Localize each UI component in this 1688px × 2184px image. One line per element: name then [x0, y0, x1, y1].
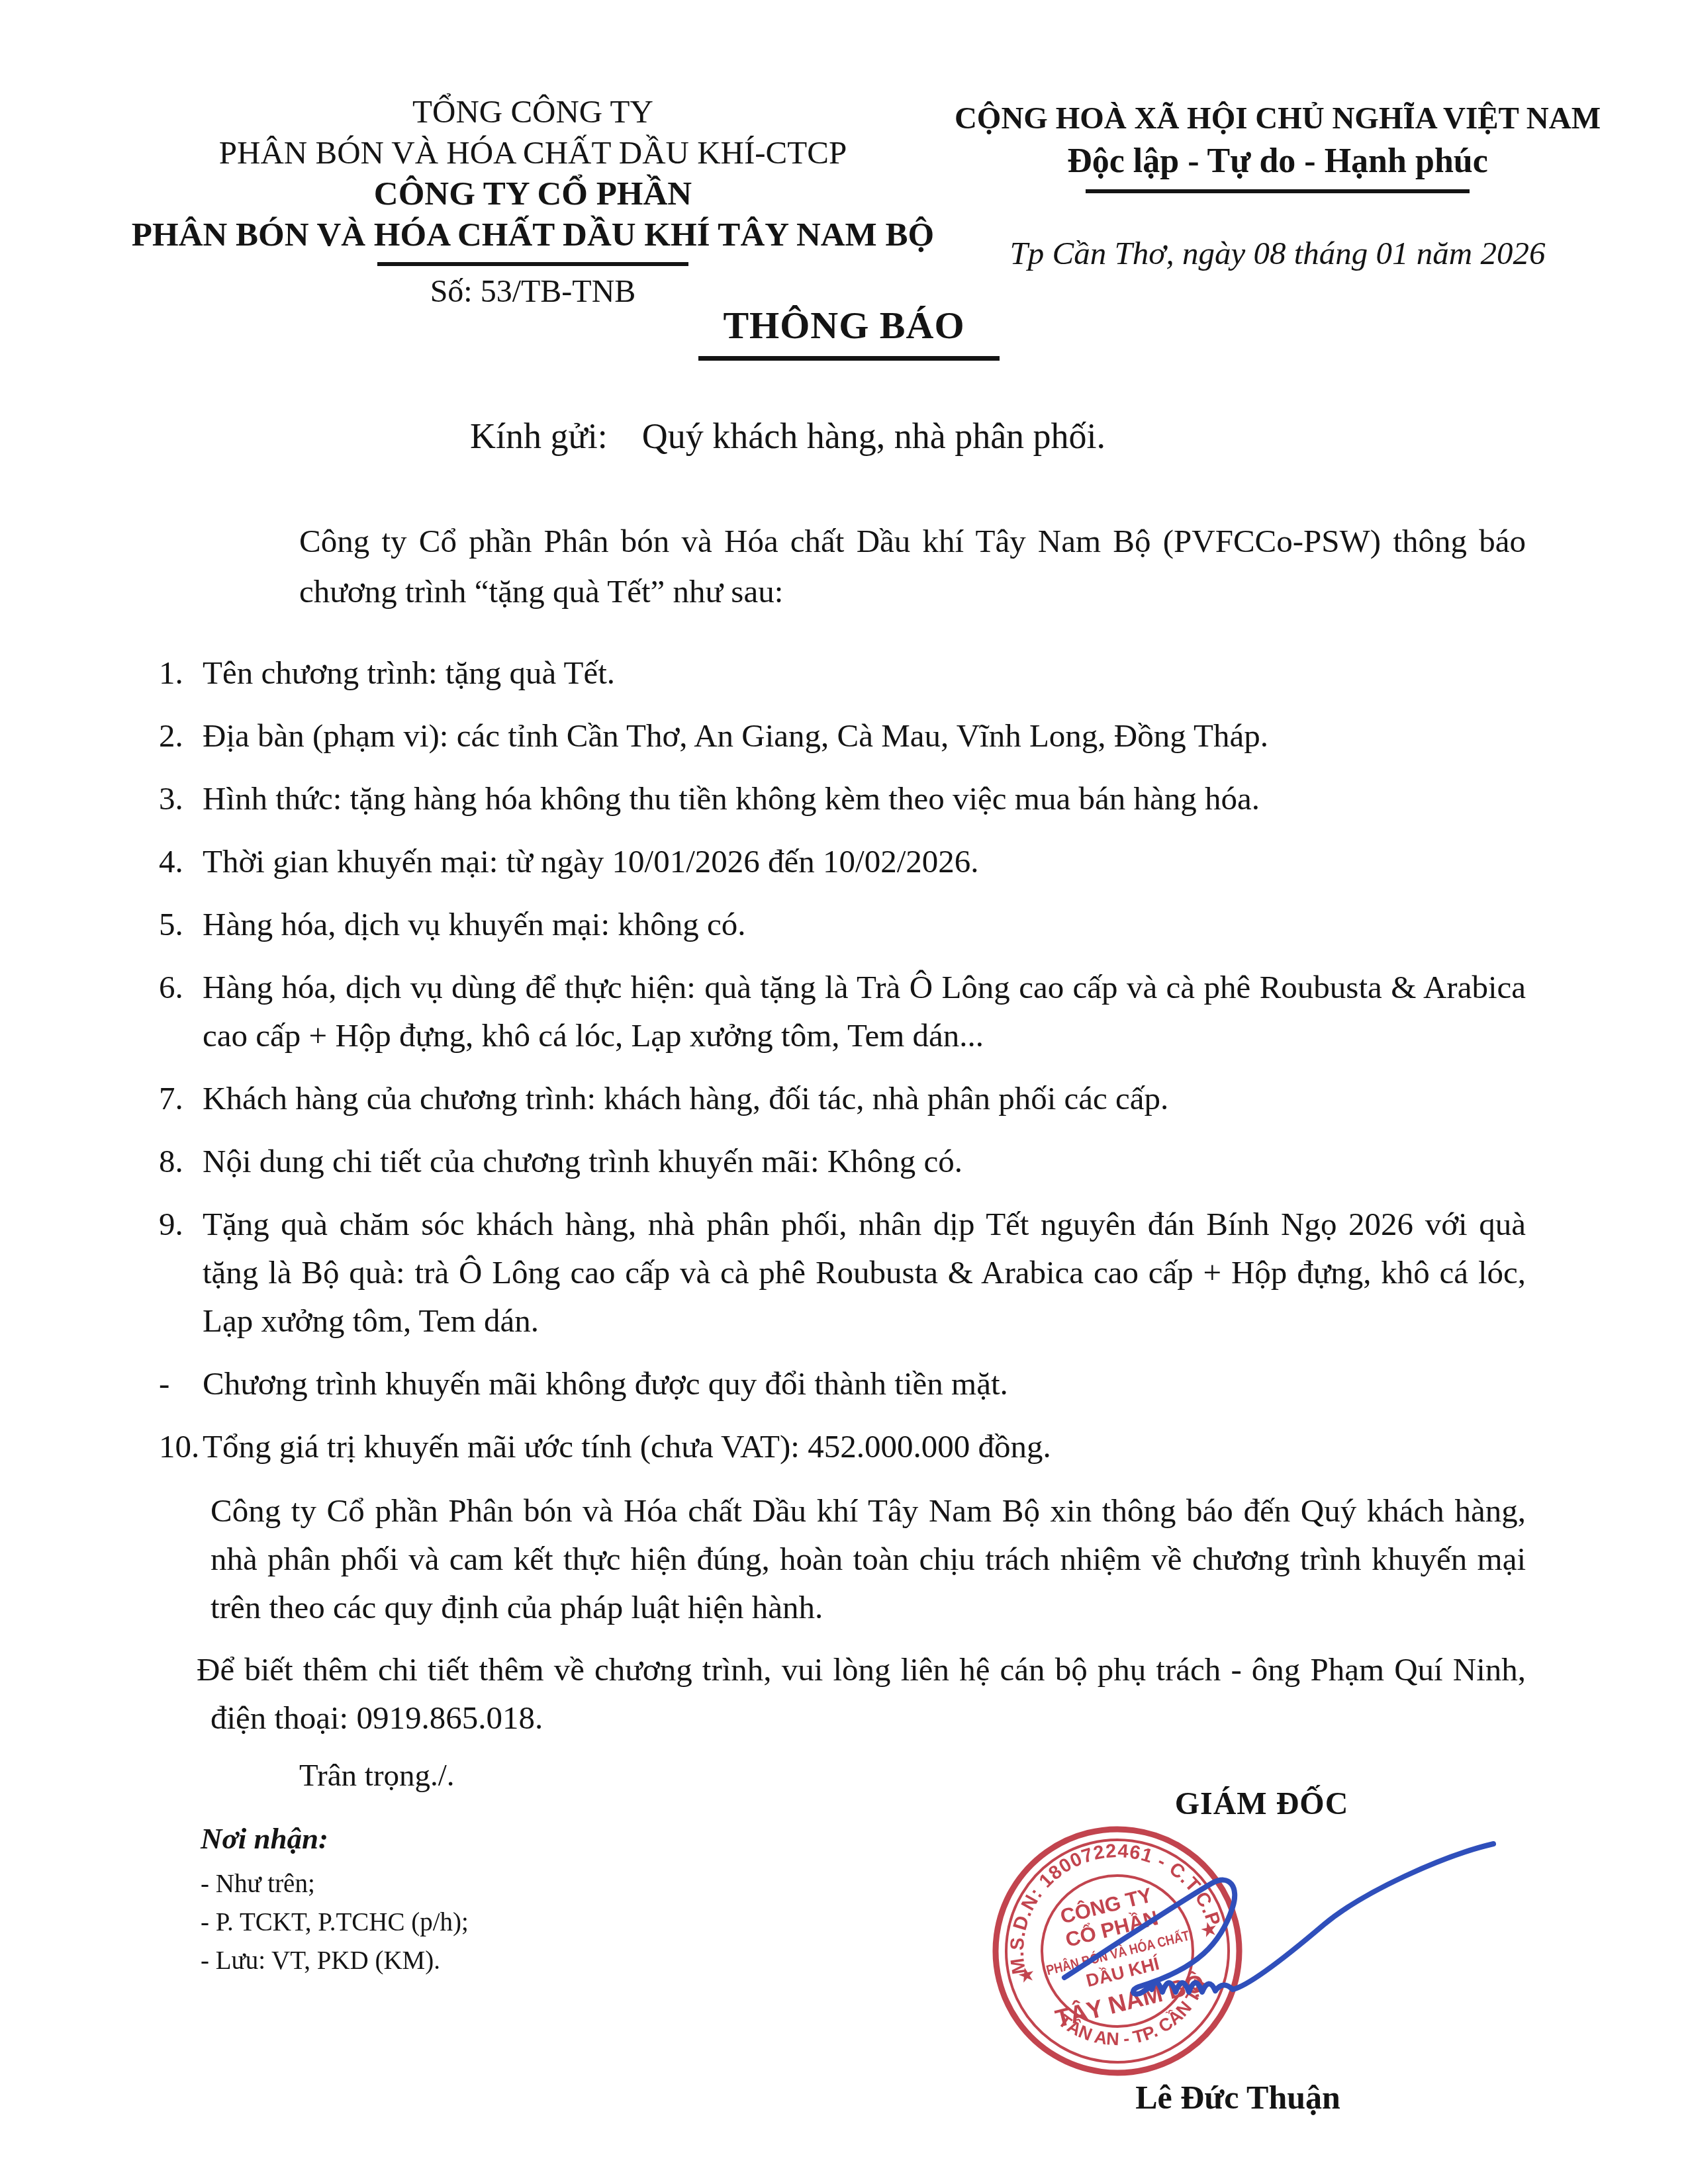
closing-paragraph-1: Công ty Cổ phần Phân bón và Hóa chất Dầu… — [211, 1486, 1526, 1631]
list-item-number: 8. — [159, 1137, 183, 1185]
issuer-parent-line2: PHÂN BÓN VÀ HÓA CHẤT DẦU KHÍ-CTCP — [99, 132, 966, 173]
signature-stroke — [1064, 1844, 1493, 1994]
signer-name: Lê Đức Thuận — [1099, 2078, 1377, 2116]
list-item: 8. Nội dung chi tiết của chương trình kh… — [159, 1137, 1526, 1185]
page-title-rule — [698, 356, 1000, 361]
closing-paragraph-2: Để biết thêm chi tiết thêm về chương trì… — [211, 1645, 1526, 1742]
issuer-company-line2: PHÂN BÓN VÀ HÓA CHẤT DẦU KHÍ TÂY NAM BỘ — [99, 214, 966, 255]
document-page: TỔNG CÔNG TY PHÂN BÓN VÀ HÓA CHẤT DẦU KH… — [0, 0, 1688, 2184]
list-item-text: Hình thức: tặng hàng hóa không thu tiền … — [203, 780, 1260, 817]
list-item-text: Hàng hóa, dịch vụ khuyến mại: không có. — [203, 906, 746, 942]
list-item: 3. Hình thức: tặng hàng hóa không thu ti… — [159, 774, 1526, 823]
stamp-star-left-icon: ★ — [1015, 1963, 1038, 1989]
list-item-number: - — [159, 1359, 169, 1408]
issuer-parent-line1: TỔNG CÔNG TY — [99, 91, 966, 132]
list-item-number: 3. — [159, 774, 183, 823]
list-item: 7. Khách hàng của chương trình: khách hà… — [159, 1074, 1526, 1122]
document-body: Công ty Cổ phần Phân bón và Hóa chất Dầu… — [159, 516, 1526, 1742]
recipient-line: - Như trên; — [201, 1865, 469, 1903]
list-item-text: Khách hàng của chương trình: khách hàng,… — [203, 1080, 1168, 1116]
list-item-text: Tổng giá trị khuyến mãi ước tính (chưa V… — [203, 1428, 1051, 1465]
national-header: CỘNG HOÀ XÃ HỘI CHỦ NGHĨA VIỆT NAM Độc l… — [927, 98, 1628, 272]
list-item: 1. Tên chương trình: tặng quà Tết. — [159, 649, 1526, 697]
list-item-number: 7. — [159, 1074, 183, 1122]
list-item-text: Nội dung chi tiết của chương trình khuyế… — [203, 1143, 962, 1179]
list-item-number: 10. — [159, 1422, 199, 1471]
list-item: 2. Địa bàn (phạm vi): các tỉnh Cần Thơ, … — [159, 711, 1526, 760]
national-motto-line1: CỘNG HOÀ XÃ HỘI CHỦ NGHĨA VIỆT NAM — [927, 98, 1628, 139]
national-motto-line2: Độc lập - Tự do - Hạnh phúc — [927, 139, 1628, 184]
list-item-text: Thời gian khuyến mại: từ ngày 10/01/2026… — [203, 843, 979, 880]
list-item-text: Tên chương trình: tặng quà Tết. — [203, 655, 615, 691]
closing-salute: Trân trọng./. — [299, 1758, 455, 1794]
list-item: - Chương trình khuyến mãi không được quy… — [159, 1359, 1526, 1408]
recipient-line: - P. TCKT, P.TCHC (p/h); — [201, 1903, 469, 1942]
greeting-line: Kính gửi:Quý khách hàng, nhà phân phối. — [470, 416, 1105, 457]
national-header-rule — [1086, 189, 1470, 193]
list-item-number: 9. — [159, 1200, 183, 1248]
list-item-text: Địa bàn (phạm vi): các tỉnh Cần Thơ, An … — [203, 717, 1268, 754]
issuer-company-line1: CÔNG TY CỔ PHẦN — [99, 173, 966, 214]
list-item: 9. Tặng quà chăm sóc khách hàng, nhà phâ… — [159, 1200, 1526, 1345]
signer-title: GIÁM ĐỐC — [1123, 1786, 1401, 1822]
list-item-text: Hàng hóa, dịch vụ dùng để thực hiện: quà… — [203, 969, 1526, 1054]
list-item: 4. Thời gian khuyến mại: từ ngày 10/01/2… — [159, 837, 1526, 886]
issuer-header: TỔNG CÔNG TY PHÂN BÓN VÀ HÓA CHẤT DẦU KH… — [99, 91, 966, 312]
recipients-label: Nơi nhận: — [201, 1821, 469, 1856]
list-item-number: 2. — [159, 711, 183, 760]
issuer-header-rule — [377, 262, 688, 266]
list-item: 5. Hàng hóa, dịch vụ khuyến mại: không c… — [159, 900, 1526, 948]
intro-paragraph: Công ty Cổ phần Phân bón và Hóa chất Dầu… — [299, 516, 1526, 617]
greeting-label: Kính gửi: — [470, 416, 608, 456]
list-item-text: Chương trình khuyến mãi không được quy đ… — [203, 1365, 1008, 1402]
list-item-number: 1. — [159, 649, 183, 697]
list-item-number: 5. — [159, 900, 183, 948]
place-date-line: Tp Cần Thơ, ngày 08 tháng 01 năm 2026 — [927, 234, 1628, 272]
recipients-block: Nơi nhận: - Như trên; - P. TCKT, P.TCHC … — [201, 1821, 469, 1980]
list-item-text: Tặng quà chăm sóc khách hàng, nhà phân p… — [203, 1206, 1526, 1339]
list-item-number: 4. — [159, 837, 183, 886]
recipient-line: - Lưu: VT, PKD (KM). — [201, 1942, 469, 1980]
signature-ink-icon — [1046, 1833, 1523, 2012]
list-item-number: 6. — [159, 963, 183, 1011]
list-item: 6. Hàng hóa, dịch vụ dùng để thực hiện: … — [159, 963, 1526, 1060]
list-item: 10. Tổng giá trị khuyến mãi ước tính (ch… — [159, 1422, 1526, 1471]
greeting-value: Quý khách hàng, nhà phân phối. — [642, 416, 1105, 456]
page-title: THÔNG BÁO — [0, 303, 1688, 347]
